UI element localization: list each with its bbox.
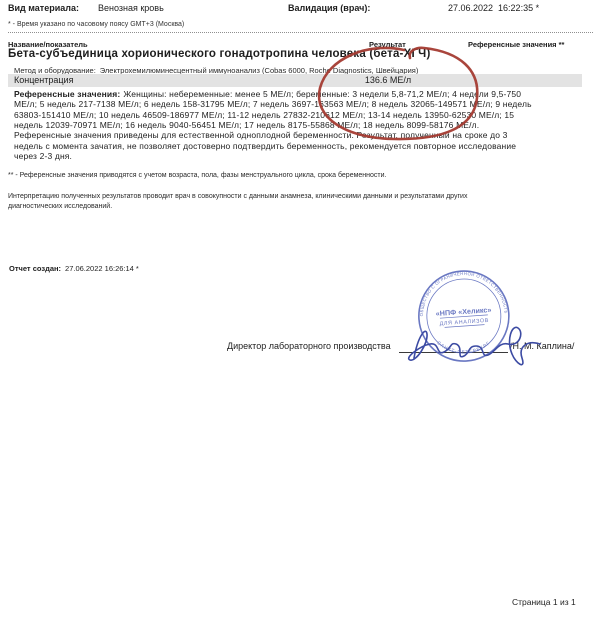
test-title: Бета-субъединица хорионического гонадотр…: [8, 48, 430, 60]
validation-timestamp: 27.06.2022 16:22:35 *: [448, 3, 539, 13]
validation-label: Валидация (врач):: [288, 3, 370, 13]
director-title: Директор лабораторного производства: [227, 341, 391, 351]
column-header-reference: Референсные значения **: [468, 40, 564, 49]
signature-scrawl: [396, 318, 566, 374]
reference-line: Референсные значения приведены для естес…: [14, 130, 532, 140]
report-created-value: 27.06.2022 16:26:14 *: [65, 264, 139, 273]
reference-line: через 2-3 дня.: [14, 151, 532, 161]
reference-line: недель с момента зачатия, не позволяет д…: [14, 141, 532, 151]
reference-line: 63803-151410 МЕ/л; 10 недель 46509-18697…: [14, 110, 532, 120]
reference-values-block: Референсные значения:Женщины: небеременн…: [14, 89, 532, 161]
reference-line: недель 12039-70971 МЕ/л; 16 недель 9040-…: [14, 120, 532, 130]
result-row-label: Концентрация: [14, 74, 73, 87]
page-number: Страница 1 из 1: [512, 597, 576, 607]
stamp-center-line1: «НПФ «Хеликс»: [435, 305, 491, 318]
reference-line: Референсные значения:Женщины: небеременн…: [14, 89, 532, 99]
report-created-line: Отчет создан:27.06.2022 16:26:14 *: [9, 264, 139, 273]
reference-values-label: Референсные значения:: [14, 89, 120, 99]
result-row: Концентрация 136.6 МЕ/л: [8, 74, 582, 87]
reference-line: МЕ/л; 5 недель 217-7138 МЕ/л; 6 недель 1…: [14, 99, 532, 109]
result-row-value: 136.6 МЕ/л: [288, 74, 488, 87]
document-page: Вид материала: Венозная кровь Валидация …: [0, 0, 600, 623]
reference-footnote: ** - Референсные значения приводятся с у…: [8, 172, 387, 179]
report-created-label: Отчет создан:: [9, 264, 61, 273]
material-type-label: Вид материала:: [8, 3, 79, 13]
dotted-separator: [8, 26, 593, 33]
material-type-value: Венозная кровь: [98, 3, 164, 13]
interpretation-note: Интерпретацию полученных результатов про…: [8, 192, 470, 211]
